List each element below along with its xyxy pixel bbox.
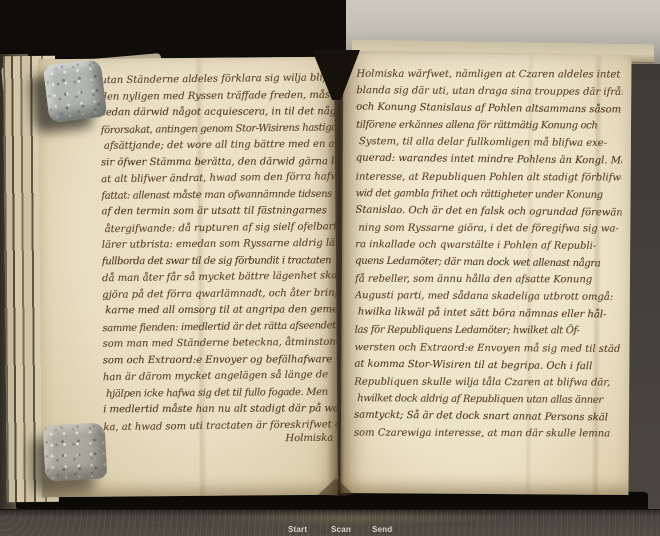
manuscript-line: gjöra på det förra qwarlämnadt, och åter… [102, 285, 336, 304]
manuscript-line: i medlertid måste han nu alt stadigt där… [103, 401, 337, 419]
left-page-text: utan Ständerne aldeles förklara sig wilj… [100, 71, 337, 436]
stone-weight-bottom [43, 422, 108, 481]
manuscript-line: sir öfwer Stämma berätta, den därwid gär… [101, 154, 335, 172]
manuscript-line: Holmiska wärfwet, nämligen at Czaren ald… [356, 66, 622, 84]
manuscript-line: quens Ledamöter; där man dock wet allena… [355, 253, 621, 273]
manuscript-line: lärer utbrista: emedan som Ryssarne aldr… [102, 236, 336, 255]
right-page: Holmiska wärfwet, nämligen at Czaren ald… [340, 53, 631, 495]
manuscript-line: samme fienden: imedlertid är det rätta a… [102, 318, 336, 337]
manuscript-line: tilförene erkännes allena för rättmätig … [356, 117, 622, 135]
manuscript-line: då man åter får så mycket bättre lägenhe… [102, 268, 336, 287]
manuscript-line: återgifwande: då rupturen af sig sielf o… [101, 219, 335, 238]
manuscript-line: karne med all omsorg til at angripa den … [102, 302, 336, 320]
stone-weight-top [43, 59, 108, 124]
manuscript-line: las för Republiquens Ledamöter; hwilket … [355, 322, 621, 340]
manuscript-line: samtyckt; Så är det dock snart annat Per… [354, 406, 620, 426]
manuscript-line: som man med Ständerne beteckna, åtminsto… [103, 335, 337, 354]
manuscript-line: af den termin som är utsatt til fästning… [101, 203, 335, 221]
scan-button[interactable]: Scan [331, 525, 351, 534]
right-page-text: Holmiska wärfwet, nämligen at Czaren ald… [354, 65, 623, 443]
manuscript-line: han är därom mycket angelägen så länge d… [103, 367, 337, 386]
scanner-bed-photo: utan Ständerne aldeles förklara sig wilj… [0, 0, 660, 536]
manuscript-line: hjälpen icke hafwa sig det til fullo fog… [103, 384, 337, 403]
manuscript-line: at komma Stor-Wisiren til at begripa. Oc… [354, 355, 620, 375]
manuscript-line: få rebeller, som ännu hålla den afsatte … [355, 271, 621, 289]
manuscript-line: wersten och Extraord:e Envoyen må sig me… [354, 339, 620, 358]
manuscript-line: fullborda det swar til de sig förbundit … [102, 253, 336, 271]
manuscript-line: ning som Ryssarne giöra, i det de föregi… [355, 219, 621, 237]
manuscript-line: sedan därwid något acquiescera, in til d… [101, 104, 335, 122]
scanner-deck: Start Scan Send [0, 509, 660, 536]
manuscript-line: interesse, at Republiquen Pohlen alt sta… [356, 168, 622, 186]
manuscript-line: Republiquen skulle wilja tåla Czaren at … [354, 373, 620, 391]
manuscript-line: wid det gambla frihet och rättigheter un… [356, 185, 622, 204]
manuscript-line: at alt blifwer ändrat, hwad som den förr… [101, 169, 335, 188]
manuscript-line: utan Ständerne aldeles förklara sig wilj… [100, 71, 334, 90]
book-gutter-shadow [327, 54, 351, 496]
manuscript-line: som Czarewiga interesse, at man där skul… [354, 425, 620, 443]
manuscript-line: querad: warandes intet mindre Pohlens än… [356, 150, 622, 170]
manuscript-line: afsättjande; det wore all ting bättre me… [101, 137, 335, 156]
manuscript-line: den nyligen med Ryssen träffade freden, … [100, 87, 334, 106]
send-button[interactable]: Send [372, 525, 392, 534]
start-button[interactable]: Start [288, 525, 307, 534]
manuscript-line: fattat: allenast måste man ofwannämnde t… [101, 186, 335, 205]
manuscript-line: som och Extraord:e Envoyer og befälhafwa… [103, 352, 337, 370]
manuscript-line: förorsakat, antingen genom Stor-Wisirens… [101, 120, 335, 139]
manuscript-line: Stanislao. Och är det en falsk och ogrun… [355, 201, 621, 221]
